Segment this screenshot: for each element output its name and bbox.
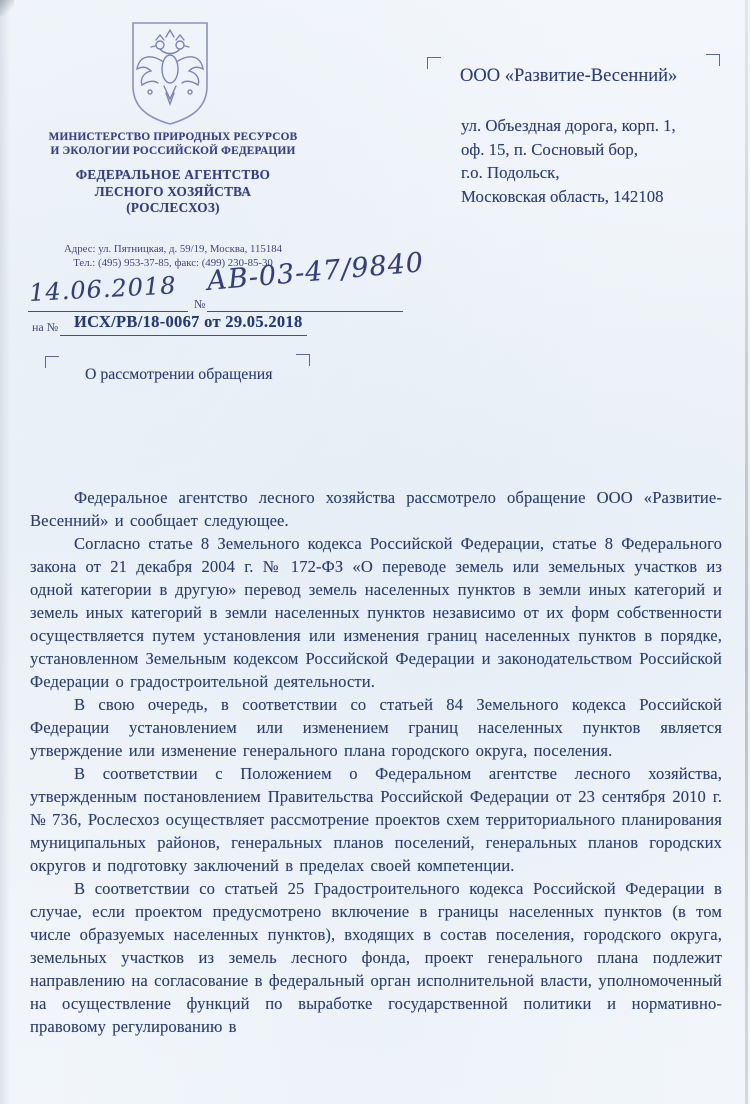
scan-corner-artifact <box>0 0 14 16</box>
body-paragraph: Согласно статье 8 Земельного кодекса Рос… <box>30 532 722 693</box>
reference-underline <box>60 335 307 336</box>
body-paragraph: В свою очередь, в соответствии со статье… <box>30 693 722 762</box>
subject-corner-left-icon <box>45 356 59 368</box>
recipient-address: ул. Объездная дорога, корп. 1, оф. 15, п… <box>461 114 676 208</box>
recipient-address-line: ул. Объездная дорога, корп. 1, <box>461 114 676 138</box>
russian-coat-of-arms-icon <box>127 20 213 128</box>
subject-line: О рассмотрении обращения <box>85 366 273 384</box>
recipient-address-line: Московская область, 142108 <box>461 185 676 209</box>
recipient-address-line: оф. 15, п. Сосновый бор, <box>461 138 676 162</box>
agency-name: ФЕДЕРАЛЬНОЕ АГЕНТСТВО ЛЕСНОГО ХОЗЯЙСТВА … <box>30 167 316 217</box>
letterhead-address: Адрес: ул. Пятницкая, д. 59/19, Москва, … <box>30 243 316 257</box>
ministry-name: МИНИСТЕРСТВО ПРИРОДНЫХ РЕСУРСОВ И ЭКОЛОГ… <box>30 131 316 158</box>
recipient-corner-right-icon <box>706 54 720 66</box>
body-paragraph: Федеральное агентство лесного хозяйства … <box>30 486 722 532</box>
reference-number: ИСХ/РВ/18-0067 от 29.05.2018 <box>74 312 303 332</box>
recipient-name: ООО «Развитие-Весенний» <box>460 66 677 87</box>
subject-corner-right-icon <box>296 354 310 366</box>
number-sign: № <box>194 297 205 312</box>
recipient-corner-left-icon <box>427 57 441 69</box>
ministry-name-line1: МИНИСТЕРСТВО ПРИРОДНЫХ РЕСУРСОВ <box>30 131 316 145</box>
agency-name-line3: (РОСЛЕСХОЗ) <box>30 200 316 217</box>
scanned-letter-page: МИНИСТЕРСТВО ПРИРОДНЫХ РЕСУРСОВ И ЭКОЛОГ… <box>0 0 750 1104</box>
letter-body: Федеральное агентство лесного хозяйства … <box>30 486 722 1038</box>
agency-name-line1: ФЕДЕРАЛЬНОЕ АГЕНТСТВО <box>30 167 316 184</box>
scan-edge-right <box>745 0 748 1104</box>
recipient-address-line: г.о. Подольск, <box>461 161 676 185</box>
body-paragraph: В соответствии со статьей 25 Градостроит… <box>30 877 722 1038</box>
reference-label: на № <box>32 320 58 335</box>
scan-edge-left <box>0 0 10 1104</box>
agency-name-line2: ЛЕСНОГО ХОЗЯЙСТВА <box>30 184 316 201</box>
ministry-name-line2: И ЭКОЛОГИИ РОССИЙСКОЙ ФЕДЕРАЦИИ <box>30 145 316 159</box>
body-paragraph: В соответствии с Положением о Федерально… <box>30 762 722 877</box>
handwritten-date: 14.06.2018 <box>29 271 178 307</box>
